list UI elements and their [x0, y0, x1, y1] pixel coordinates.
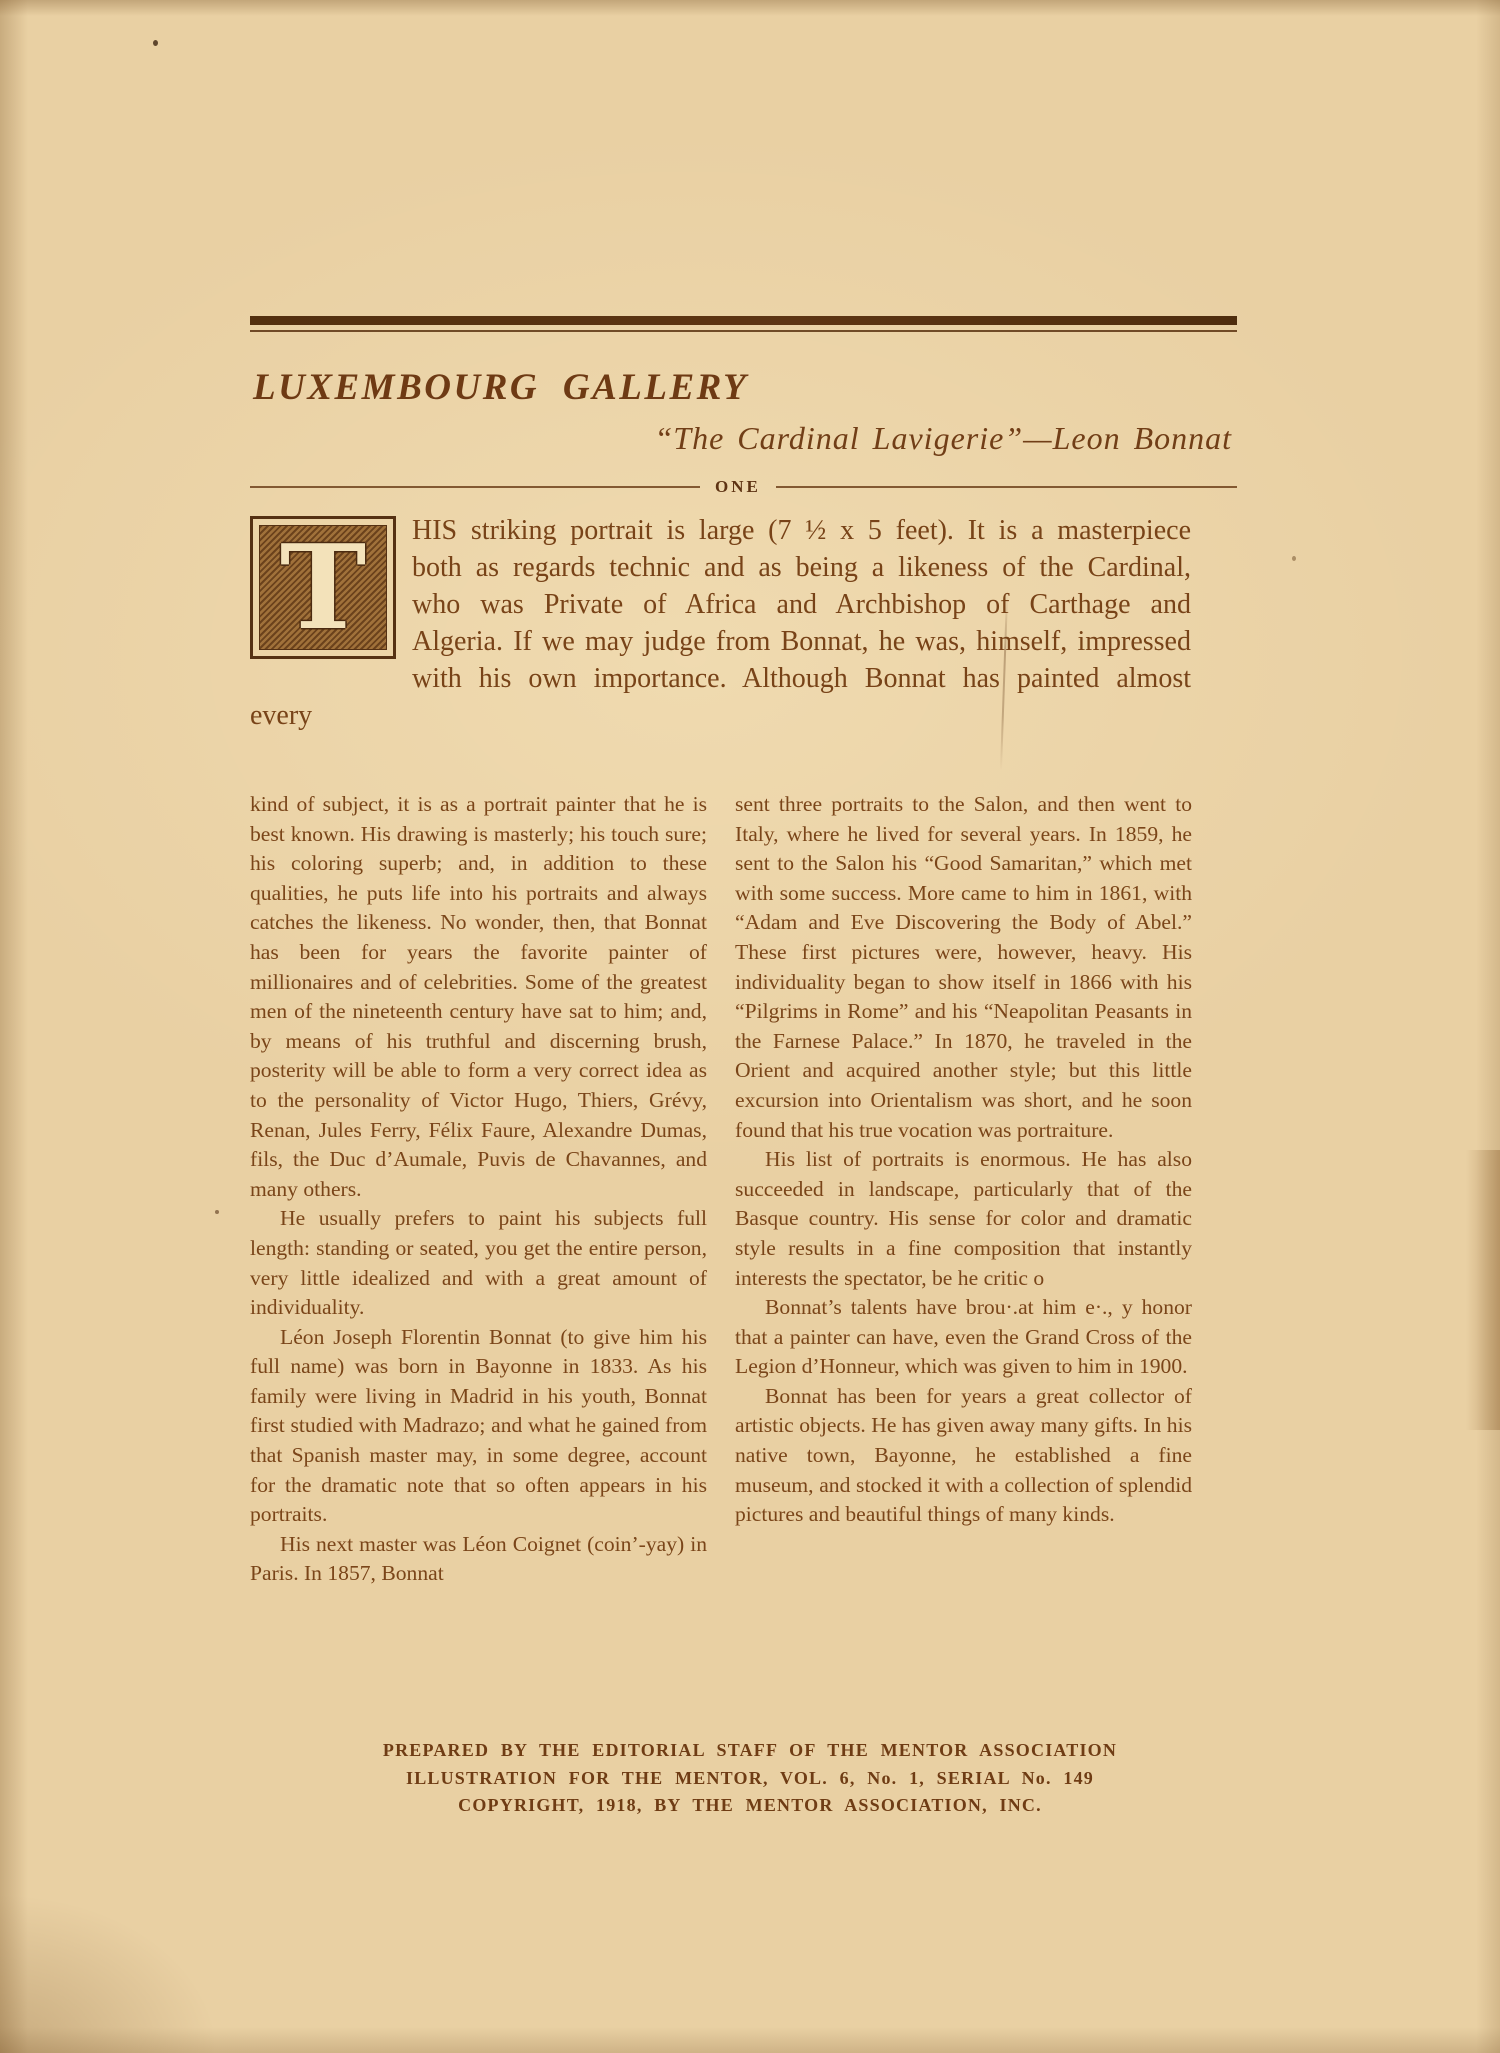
paragraph: kind of subject, it is as a portrait pai… [250, 790, 707, 1204]
paper-speck [1292, 556, 1296, 561]
imprint-footer: PREPARED BY THE EDITORIAL STAFF OF THE M… [250, 1737, 1250, 1820]
column-left: kind of subject, it is as a portrait pai… [250, 790, 707, 1589]
paragraph: sent three portraits to the Salon, and t… [735, 790, 1192, 1145]
top-rule-thin [250, 330, 1237, 332]
footer-line: ILLUSTRATION FOR THE MENTOR, VOL. 6, No.… [250, 1765, 1250, 1793]
body-columns: kind of subject, it is as a portrait pai… [250, 790, 1192, 1589]
paragraph: He usually prefers to paint his subjects… [250, 1204, 707, 1322]
paper-stain [1466, 1150, 1500, 1430]
column-right: sent three portraits to the Salon, and t… [735, 790, 1192, 1589]
drop-cap-letter: T [280, 530, 366, 646]
divider-line-right [776, 486, 1237, 488]
footer-line: COPYRIGHT, 1918, BY THE MENTOR ASSOCIATI… [250, 1792, 1250, 1820]
page-subtitle: “The Cardinal Lavigerie”—Leon Bonnat [654, 420, 1232, 457]
section-divider: ONE [250, 477, 1237, 497]
footer-line: PREPARED BY THE EDITORIAL STAFF OF THE M… [250, 1737, 1250, 1765]
page-title: LUXEMBOURG GALLERY [253, 366, 748, 409]
divider-line-left [250, 486, 700, 488]
drop-cap-box: T [250, 516, 396, 659]
paragraph: Léon Joseph Florentin Bonnat (to give hi… [250, 1323, 707, 1530]
paper-speck [153, 40, 158, 46]
paragraph: Bonnat has been for years a great collec… [735, 1382, 1192, 1530]
paragraph: His next master was Léon Coignet (coin’-… [250, 1530, 707, 1589]
paragraph: His list of portraits is enormous. He ha… [735, 1145, 1192, 1293]
paragraph: Bonnat’s talents have brou·.at him e·., … [735, 1293, 1192, 1382]
paper-stain [0, 1893, 220, 2053]
paper-speck [215, 1210, 219, 1214]
magazine-page-scan: LUXEMBOURG GALLERY “The Cardinal Laviger… [0, 0, 1500, 2053]
top-rule-thick [250, 316, 1237, 325]
drop-cap-hatch: T [259, 525, 387, 650]
section-label: ONE [700, 477, 776, 497]
intro-paragraph: T HIS striking portrait is large (7 ½ x … [250, 512, 1191, 734]
